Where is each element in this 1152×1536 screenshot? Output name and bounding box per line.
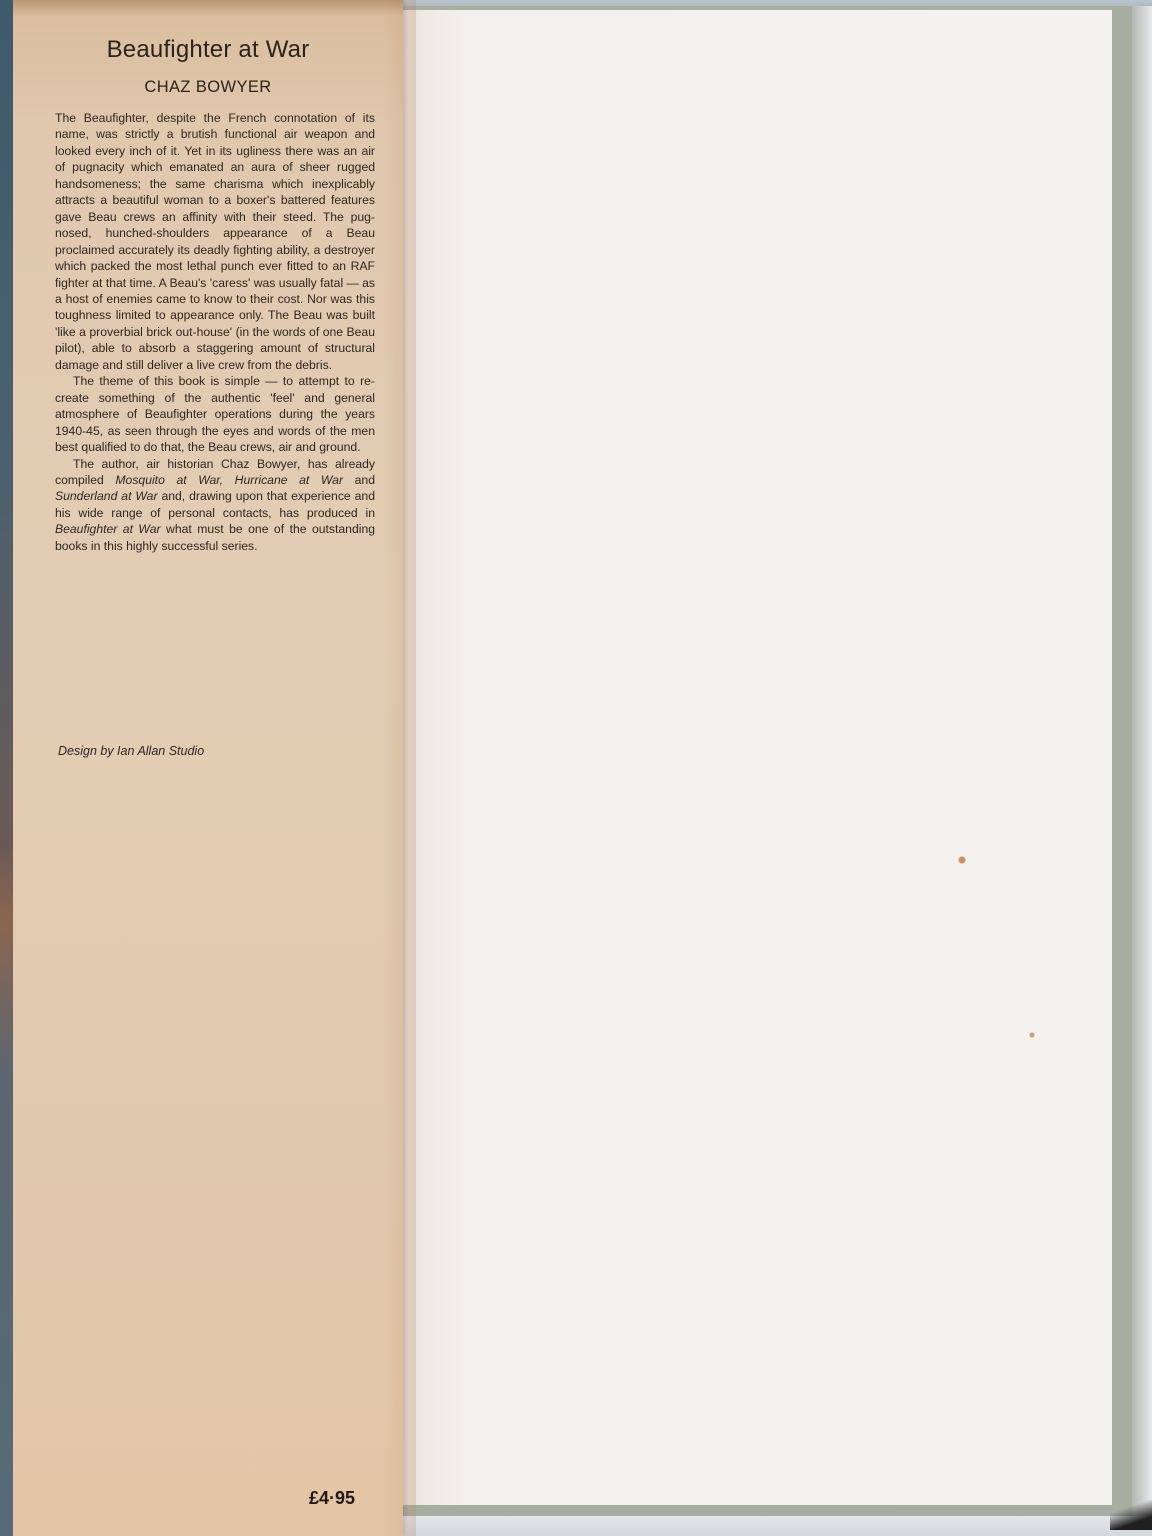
dust-jacket-flap: Beaufighter at War CHAZ BOWYER The Beauf… [13, 0, 403, 1536]
design-credit: Design by Ian Allan Studio [58, 744, 204, 758]
board-corner-shadow [1110, 1500, 1152, 1530]
p3-book-title: Sunderland at War [55, 489, 158, 503]
flap-top-shading [13, 0, 403, 16]
blurb-paragraph-2: The theme of this book is simple — to at… [55, 373, 375, 455]
blurb: The Beaufighter, despite the French conn… [55, 110, 375, 554]
book-title: Beaufighter at War [13, 36, 403, 64]
endpaper [402, 10, 1112, 1505]
price: £4·95 [309, 1488, 355, 1509]
p3-book-titles: Mosquito at War, Hurricane at War [115, 473, 343, 487]
board-side-shadow [1132, 6, 1152, 1536]
p3-text: and [343, 473, 375, 487]
jacket-spine-edge [0, 0, 13, 1536]
blurb-paragraph-3: The author, air historian Chaz Bowyer, h… [55, 456, 375, 555]
flap-edge-shading [383, 0, 416, 1536]
p3-book-title: Beaufighter at War [55, 522, 161, 536]
background-bottom [380, 1516, 1152, 1536]
blurb-paragraph-1: The Beaufighter, despite the French conn… [55, 110, 375, 373]
book-author: CHAZ BOWYER [13, 78, 403, 97]
